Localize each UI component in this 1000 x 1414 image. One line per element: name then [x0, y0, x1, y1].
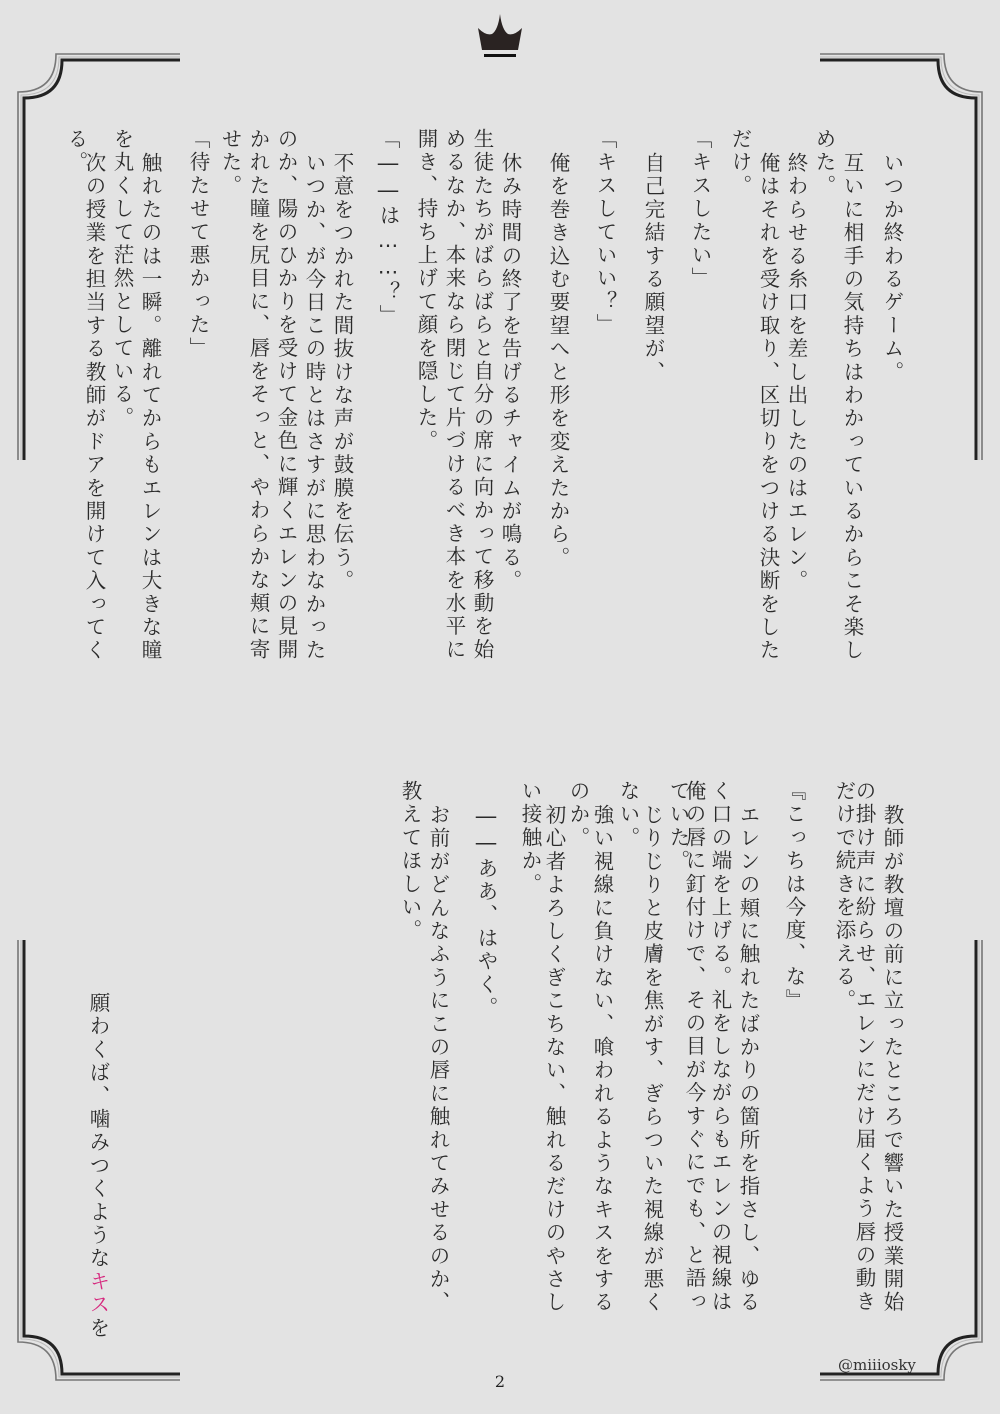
text-column: 次の授業を担当する教師がドアを開けて入ってく	[82, 128, 106, 662]
text-column: 『こっちは今度、な』	[782, 780, 806, 1012]
closing-line-end: を	[86, 1317, 110, 1340]
text-column: 休み時間の終了を告げるチャイムが鳴る。	[498, 128, 522, 593]
text-column: 終わらせる糸口を差し出したのはエレン。	[784, 128, 808, 593]
text-column: 「待たせて悪かった」	[186, 128, 210, 360]
text-column: ない。	[616, 780, 640, 850]
text-column: 生徒たちがばらばらと自分の席に向かって移動を始	[470, 128, 494, 662]
text-column: い接触か。	[518, 780, 542, 896]
text-column: 教師が教壇の前に立ったところで響いた授業開始	[880, 780, 904, 1314]
text-column: 教えてほしい。	[398, 780, 422, 942]
text-column: かれた瞳を尻目に、唇をそっと、やわらかな頬に寄	[246, 128, 270, 662]
text-column: る。	[64, 128, 88, 174]
text-column: 不意をつかれた間抜けな声が鼓膜を伝う。	[330, 128, 354, 593]
text-column: 初心者よろしくぎこちない、触れるだけのやさし	[542, 780, 566, 1314]
text-column: 互いに相手の気持ちはわかっているからこそ楽し	[840, 128, 864, 662]
text-column: 自己完結する願望が、	[641, 128, 665, 384]
text-column: 開き、持ち上げて顔を隠した。	[414, 128, 438, 453]
text-column: めるなか、本来なら閉じて片づけるべき本を水平に	[442, 128, 466, 662]
text-column: ていた。	[666, 780, 690, 873]
text-column: く口の端を上げる。礼をしながらもエレンの視線は	[708, 780, 732, 1314]
text-column: 「キスしたい」	[688, 128, 712, 290]
text-column: 強い視線に負けない、喰われるようなキスをする	[590, 780, 614, 1314]
text-column: 「――は……？」	[376, 128, 400, 328]
text-column: のか。	[566, 780, 590, 850]
text-column: 俺を巻き込む要望へと形を変えたから。	[546, 128, 570, 570]
closing-line: 願わくば、噛みつくようなキスを	[86, 992, 110, 1340]
text-column: じりじりと皮膚を焦がす、ぎらついた視線が悪く	[640, 780, 664, 1314]
text-column: のか、陽のひかりを受けて金色に輝くエレンの見開	[274, 128, 298, 662]
text-column: いつか、が今日この時とはさすがに思わなかった	[302, 128, 326, 662]
text-column: だけで続きを添える。	[832, 780, 856, 1012]
text-column: めた。	[812, 128, 836, 198]
text-column: だけ。	[728, 128, 752, 198]
text-column: 「キスしていい？」	[593, 128, 617, 337]
author-credit: @miiiosky	[838, 1356, 916, 1374]
text-column: せた。	[218, 128, 242, 198]
text-column: を丸くして茫然としている。	[110, 128, 134, 430]
text-column: エレンの頬に触れたばかりの箇所を指さし、ゆる	[736, 780, 760, 1314]
crown-icon	[472, 12, 528, 60]
text-column: 触れたのは一瞬。離れてからもエレンは大きな瞳	[138, 128, 162, 662]
highlight-kiss: キス	[86, 1270, 110, 1316]
text-column: 俺はそれを受け取り、区切りをつける決断をした	[756, 128, 780, 662]
closing-line-text: 願わくば、噛みつくような	[86, 992, 110, 1270]
page-number: 2	[490, 1372, 510, 1391]
text-column: いつか終わるゲーム。	[880, 128, 904, 384]
text-column: お前がどんなふうにこの唇に触れてみせるのか、	[426, 780, 450, 1314]
text-column: ――ああ、はやく。	[474, 780, 498, 1020]
